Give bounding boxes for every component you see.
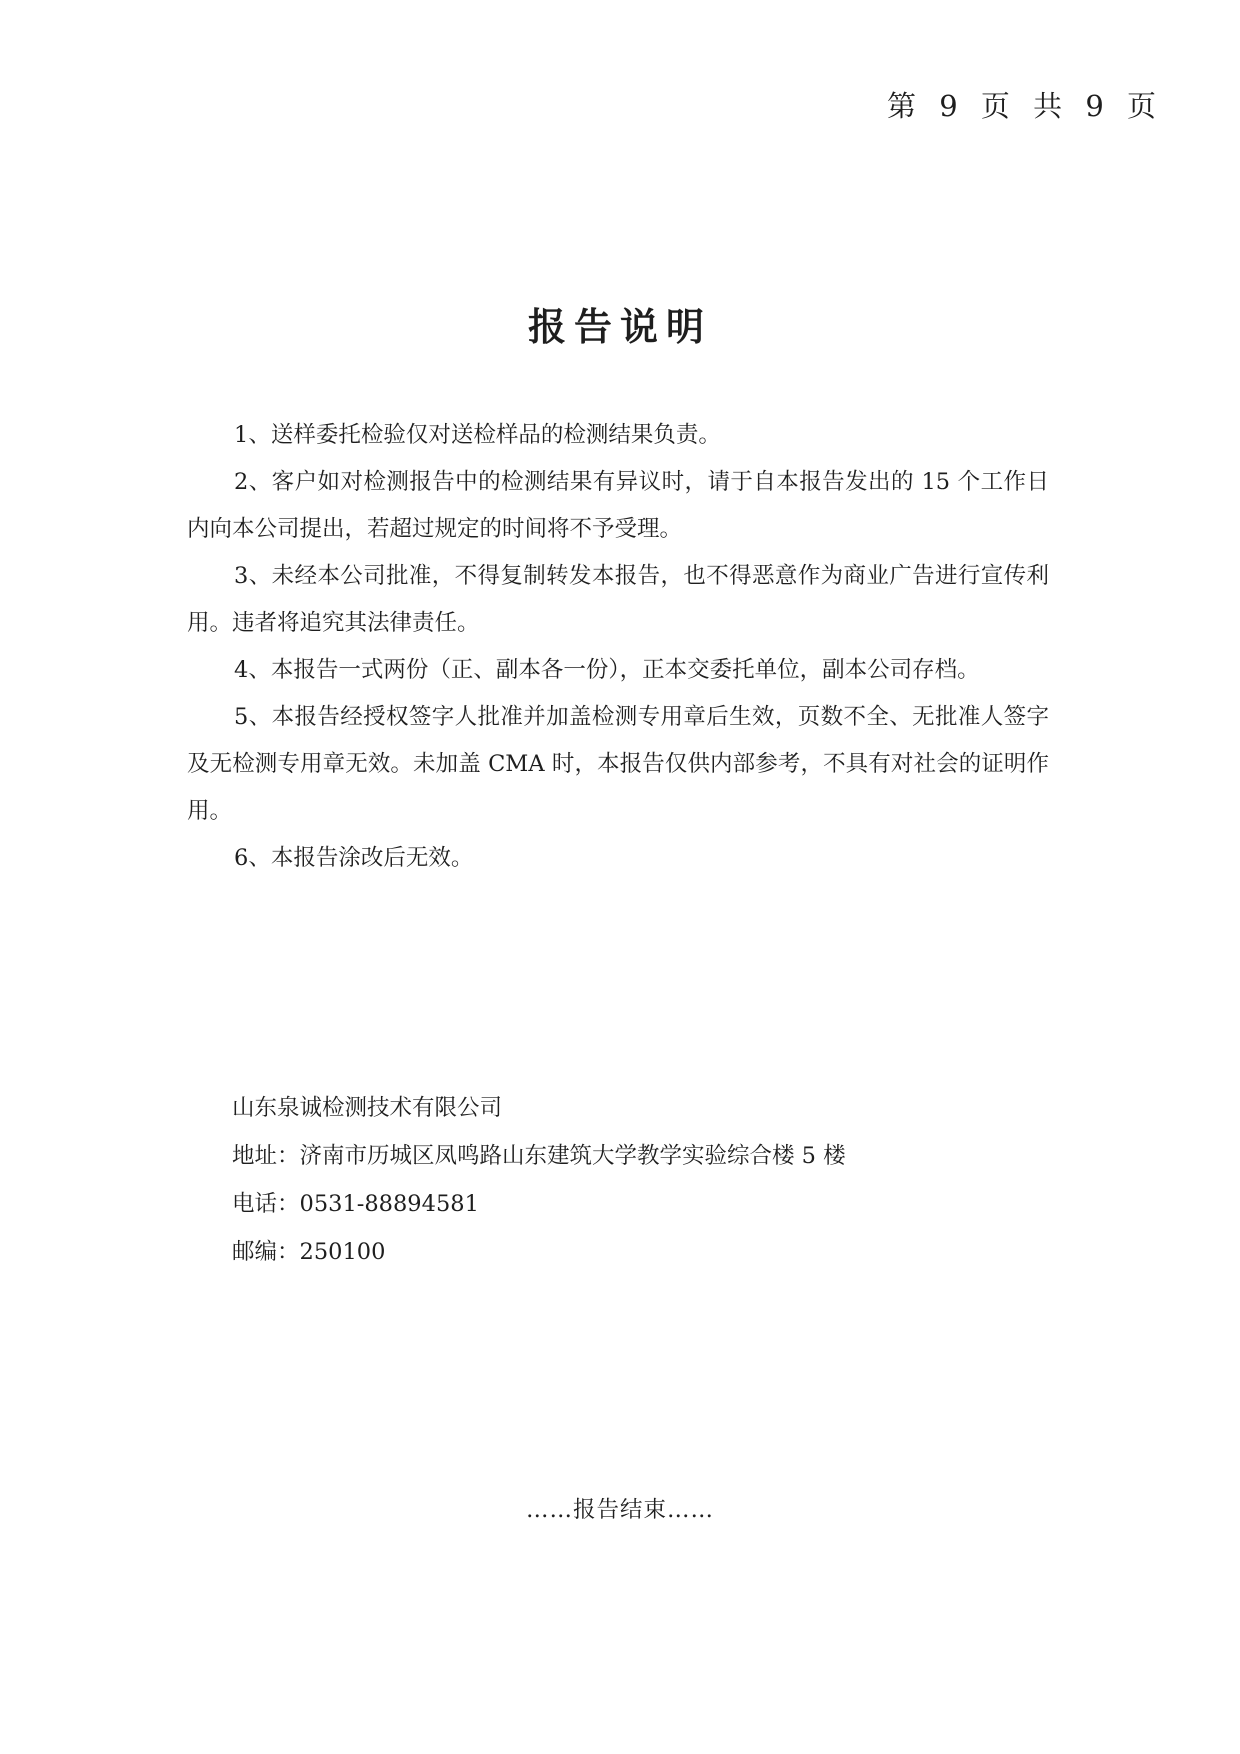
company-postcode: 邮编：250100 xyxy=(232,1228,846,1276)
note-item-3: 3、未经本公司批准，不得复制转发本报告，也不得恶意作为商业广告进行宣传利用。违者… xyxy=(187,553,1049,647)
report-notes-list: 1、送样委托检验仅对送检样品的检测结果负责。 2、客户如对检测报告中的检测结果有… xyxy=(187,412,1049,882)
company-phone: 电话：0531-88894581 xyxy=(232,1180,846,1228)
page-title: 报告说明 xyxy=(0,296,1240,351)
note-item-4: 4、本报告一式两份（正、副本各一份），正本交委托单位，副本公司存档。 xyxy=(187,647,1049,694)
company-name: 山东泉诚检测技术有限公司 xyxy=(232,1084,846,1132)
note-item-1: 1、送样委托检验仅对送检样品的检测结果负责。 xyxy=(187,412,1049,459)
report-end-marker: ……报告结束…… xyxy=(0,1492,1240,1524)
page-number: 第 9 页 共 9 页 xyxy=(887,84,1160,125)
company-address: 地址：济南市历城区凤鸣路山东建筑大学教学实验综合楼 5 楼 xyxy=(232,1132,846,1180)
note-item-5: 5、本报告经授权签字人批准并加盖检测专用章后生效，页数不全、无批准人签字及无检测… xyxy=(187,694,1049,835)
note-item-6: 6、本报告涂改后无效。 xyxy=(187,835,1049,882)
note-item-2: 2、客户如对检测报告中的检测结果有异议时，请于自本报告发出的 15 个工作日内向… xyxy=(187,459,1049,553)
company-info: 山东泉诚检测技术有限公司 地址：济南市历城区凤鸣路山东建筑大学教学实验综合楼 5… xyxy=(232,1084,846,1276)
